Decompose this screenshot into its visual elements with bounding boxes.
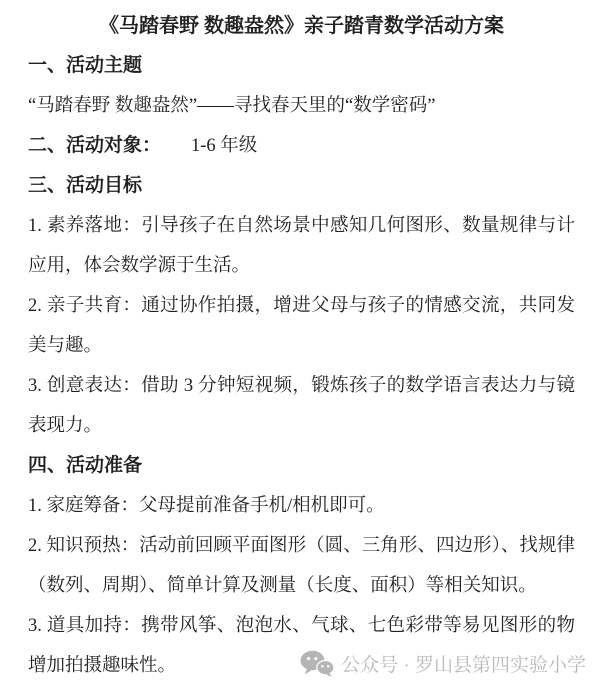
goal-item2-line1: 2. 亲子共育：通过协作拍摄，增进父母与孩子的情感交流，共同发现 [28,286,575,326]
section1-heading: 一、活动主题 [28,46,575,86]
goal-item1-line1: 1. 素养落地：引导孩子在自然场景中感知几何图形、数量规律与计算 [28,206,575,246]
wechat-watermark: 公众号 · 罗山县第四实验小学 [300,650,586,677]
wechat-watermark-label: 公众号 · 罗山县第四实验小学 [341,650,586,677]
section3-heading: 三、活动目标 [28,166,575,206]
section2-line: 二、活动对象：1-6 年级 [28,126,575,166]
prep-item2-line2: （数列、周期）、简单计算及测量（长度、面积）等相关知识。 [28,566,575,606]
goal-item1-line2: 应用，体会数学源于生活。 [28,246,575,286]
goal-item3-line2: 表现力。 [28,406,575,446]
section1-theme-text: “马踏春野 数趣盎然”——寻找春天里的“数学密码” [28,86,575,126]
section2-grade-value: 1-6 年级 [191,136,257,156]
section2-heading: 二、活动对象： [28,135,161,156]
section4-heading: 四、活动准备 [28,446,575,486]
goal-item2-line2: 美与趣。 [28,326,575,366]
wechat-icon [300,650,334,677]
prep-item1: 1. 家庭筹备：父母提前准备手机/相机即可。 [28,486,575,526]
goal-item3-line1: 3. 创意表达：借助 3 分钟短视频，锻炼孩子的数学语言表达力与镜头 [28,366,575,406]
prep-item3-line1: 3. 道具加持：携带风筝、泡泡水、气球、七色彩带等易见图形的物品， [28,606,575,646]
document-title: 《马踏春野 数趣盎然》亲子踏青数学活动方案 [28,6,575,46]
document-page: 《马踏春野 数趣盎然》亲子踏青数学活动方案 一、活动主题 “马踏春野 数趣盎然”… [0,0,600,686]
prep-item2-line1: 2. 知识预热：活动前回顾平面图形（圆、三角形、四边形）、找规律 [28,526,575,566]
